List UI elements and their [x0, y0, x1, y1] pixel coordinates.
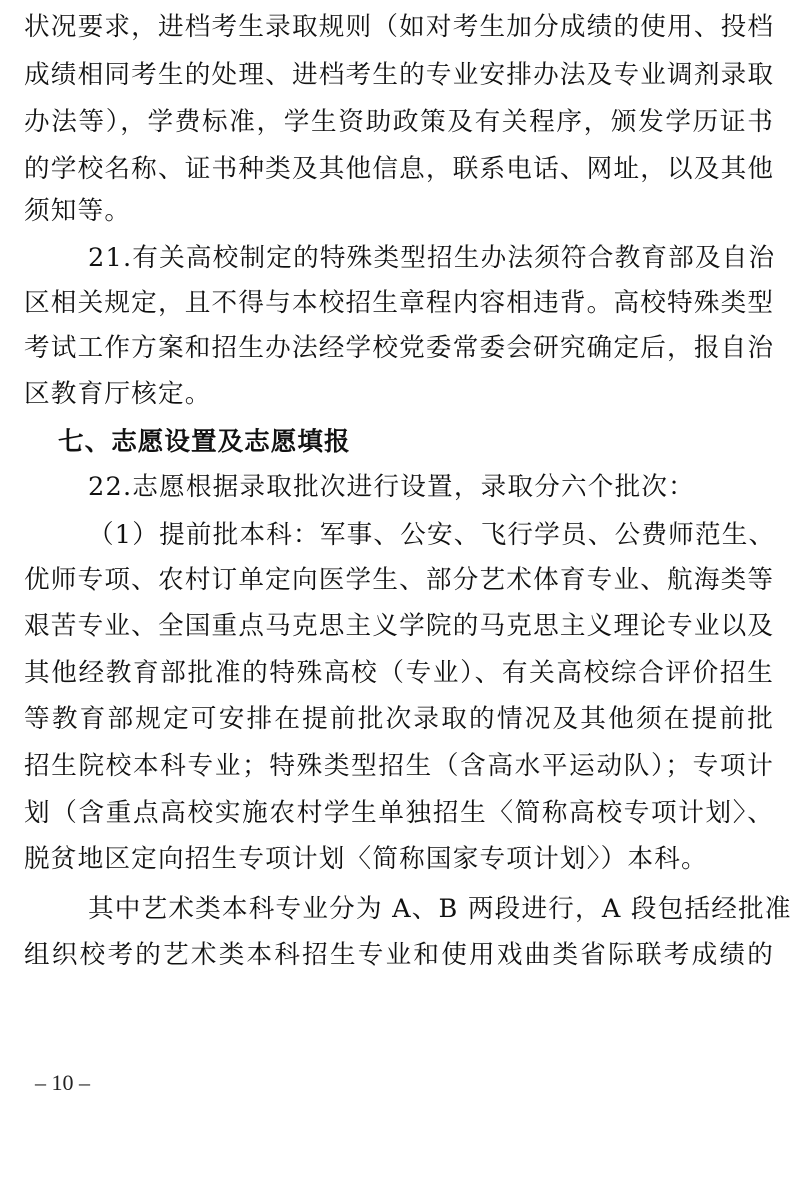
paragraph-line: （1）提前批本科：军事、公安、飞行学员、公费师范生、	[88, 512, 774, 558]
paragraph-line: 脱贫地区定向招生专项计划〈简称国家专项计划〉）本科。	[24, 836, 774, 882]
paragraph-line: 区教育厅核定。	[24, 371, 774, 417]
paragraph-line: 其他经教育部批准的特殊高校（专业）、有关高校综合评价招生	[24, 650, 774, 696]
paragraph-line: 组织校考的艺术类本科招生专业和使用戏曲类省际联考成绩的	[24, 932, 774, 978]
paragraph-line: 区相关规定，且不得与本校招生章程内容相违背。高校特殊类型	[24, 280, 774, 326]
paragraph-line: 划（含重点高校实施农村学生单独招生〈简称高校专项计划〉、	[24, 790, 774, 836]
paragraph-line: 21.有关高校制定的特殊类型招生办法须符合教育部及自治	[88, 235, 774, 281]
paragraph-line: 成绩相同考生的处理、进档考生的专业安排办法及专业调剂录取	[24, 52, 774, 98]
paragraph-line: 状况要求，进档考生录取规则（如对考生加分成绩的使用、投档	[24, 4, 774, 50]
paragraph-line: 招生院校本科专业；特殊类型招生（含高水平运动队）；专项计	[24, 743, 774, 789]
page-number: – 10 –	[35, 1068, 90, 1098]
paragraph-line: 的学校名称、证书种类及其他信息，联系电话、网址，以及其他	[24, 146, 774, 192]
paragraph-line: 22.志愿根据录取批次进行设置，录取分六个批次：	[88, 464, 774, 510]
paragraph-line: 考试工作方案和招生办法经学校党委常委会研究确定后，报自治	[24, 325, 774, 371]
paragraph-line: 优师专项、农村订单定向医学生、部分艺术体育专业、航海类等	[24, 557, 774, 603]
paragraph-line: 须知等。	[24, 188, 774, 234]
document-page: 状况要求，进档考生录取规则（如对考生加分成绩的使用、投档 成绩相同考生的处理、进…	[0, 0, 799, 1201]
section-heading: 七、志愿设置及志愿填报	[58, 419, 351, 465]
paragraph-line: 办法等），学费标准，学生资助政策及有关程序，颁发学历证书	[24, 99, 774, 145]
paragraph-line: 其中艺术类本科专业分为 A、B 两段进行，A 段包括经批准	[88, 886, 774, 932]
paragraph-line: 艰苦专业、全国重点马克思主义学院的马克思主义理论专业以及	[24, 603, 774, 649]
paragraph-line: 等教育部规定可安排在提前批次录取的情况及其他须在提前批	[24, 696, 774, 742]
